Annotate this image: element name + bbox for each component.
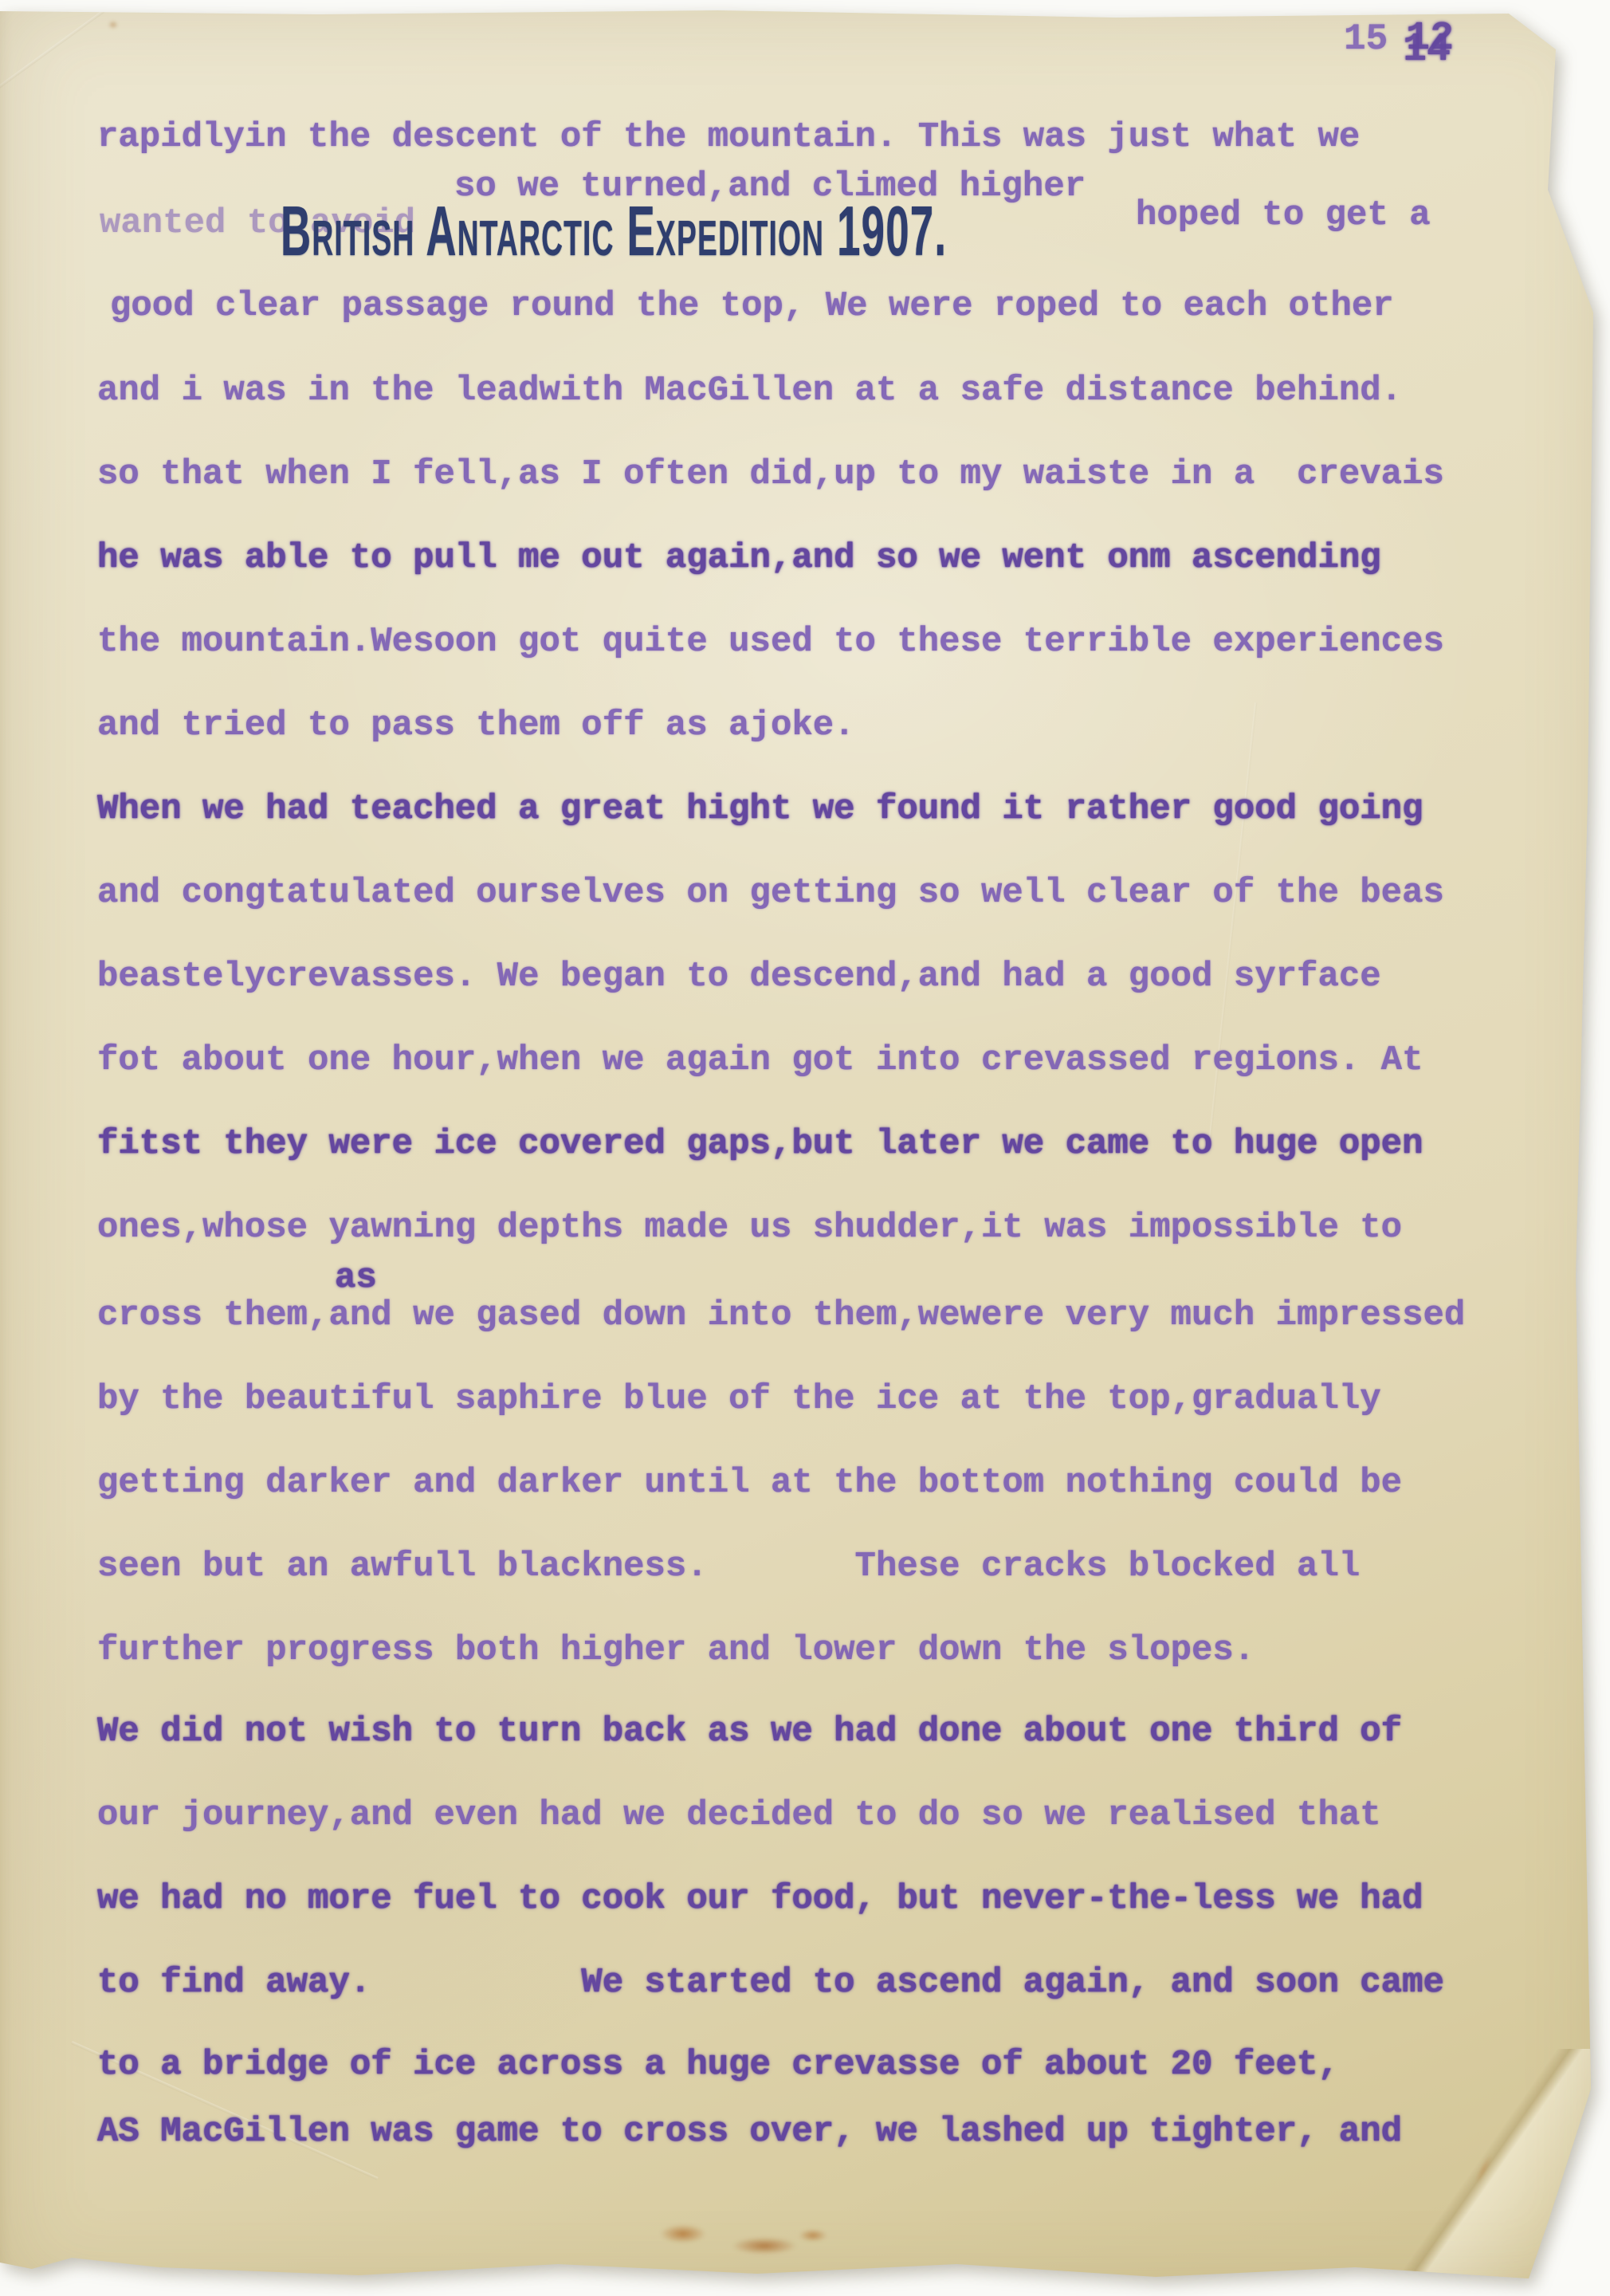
paper-sheet: 15 12 14 rapidlyin the descent of the mo…: [0, 0, 1610, 2296]
typed-line: ones,whose yawning depths made us shudde…: [97, 1210, 1402, 1245]
typed-line: good clear passage round the top, We wer…: [110, 289, 1394, 324]
typed-line: he was able to pull me out again,and so …: [97, 541, 1381, 576]
typed-lines: rapidlyin the descent of the mountain. T…: [0, 0, 1610, 2296]
typed-line: and congtatulated ourselves on getting s…: [97, 875, 1444, 910]
typed-line: to a bridge of ice across a huge crevass…: [97, 2047, 1339, 2082]
typed-line: further progress both higher and lower d…: [97, 1633, 1255, 1668]
typed-line: When we had teached a great hight we fou…: [97, 792, 1423, 827]
typed-line: we had no more fuel to cook our food, bu…: [97, 1881, 1423, 1917]
scanned-document-page: { "colors":{ "paper":"#e7dfc2", "ink":"#…: [0, 0, 1610, 2296]
typed-line: and tried to pass them off as ajoke.: [97, 708, 855, 743]
typed-line: the mountain.Wesoon got quite used to th…: [97, 624, 1444, 659]
typed-line: getting darker and darker until at the b…: [97, 1465, 1402, 1500]
typed-line: our journey,and even had we decided to d…: [97, 1798, 1381, 1833]
typed-line: fitst they were ice covered gaps,but lat…: [97, 1126, 1423, 1162]
typed-line: We did not wish to turn back as we had d…: [97, 1714, 1402, 1749]
typed-line: so that when I fell,as I often did,up to…: [97, 457, 1444, 492]
typed-line: AS MacGillen was game to cross over, we …: [97, 2114, 1402, 2149]
typed-line: cross them,and we gased down into them,w…: [97, 1298, 1465, 1333]
letterhead-title: British Antarctic Expedition 1907.: [281, 196, 947, 266]
typed-line: hoped to get a: [1136, 198, 1431, 233]
typed-line: to find away. We started to ascend again…: [97, 1965, 1444, 2000]
typed-line: seen but an awfull blackness. These crac…: [97, 1549, 1360, 1584]
typed-line: beastelycrevasses. We began to descend,a…: [97, 959, 1381, 994]
typed-line: as: [335, 1260, 377, 1295]
typed-line: by the beautiful saphire blue of the ice…: [97, 1382, 1381, 1417]
typed-line: rapidlyin the descent of the mountain. T…: [97, 120, 1360, 155]
typed-line: fot about one hour,when we again got int…: [97, 1043, 1423, 1078]
paper-wrapper: 15 12 14 rapidlyin the descent of the mo…: [0, 0, 1610, 2296]
typed-line: and i was in the leadwith MacGillen at a…: [97, 373, 1402, 408]
